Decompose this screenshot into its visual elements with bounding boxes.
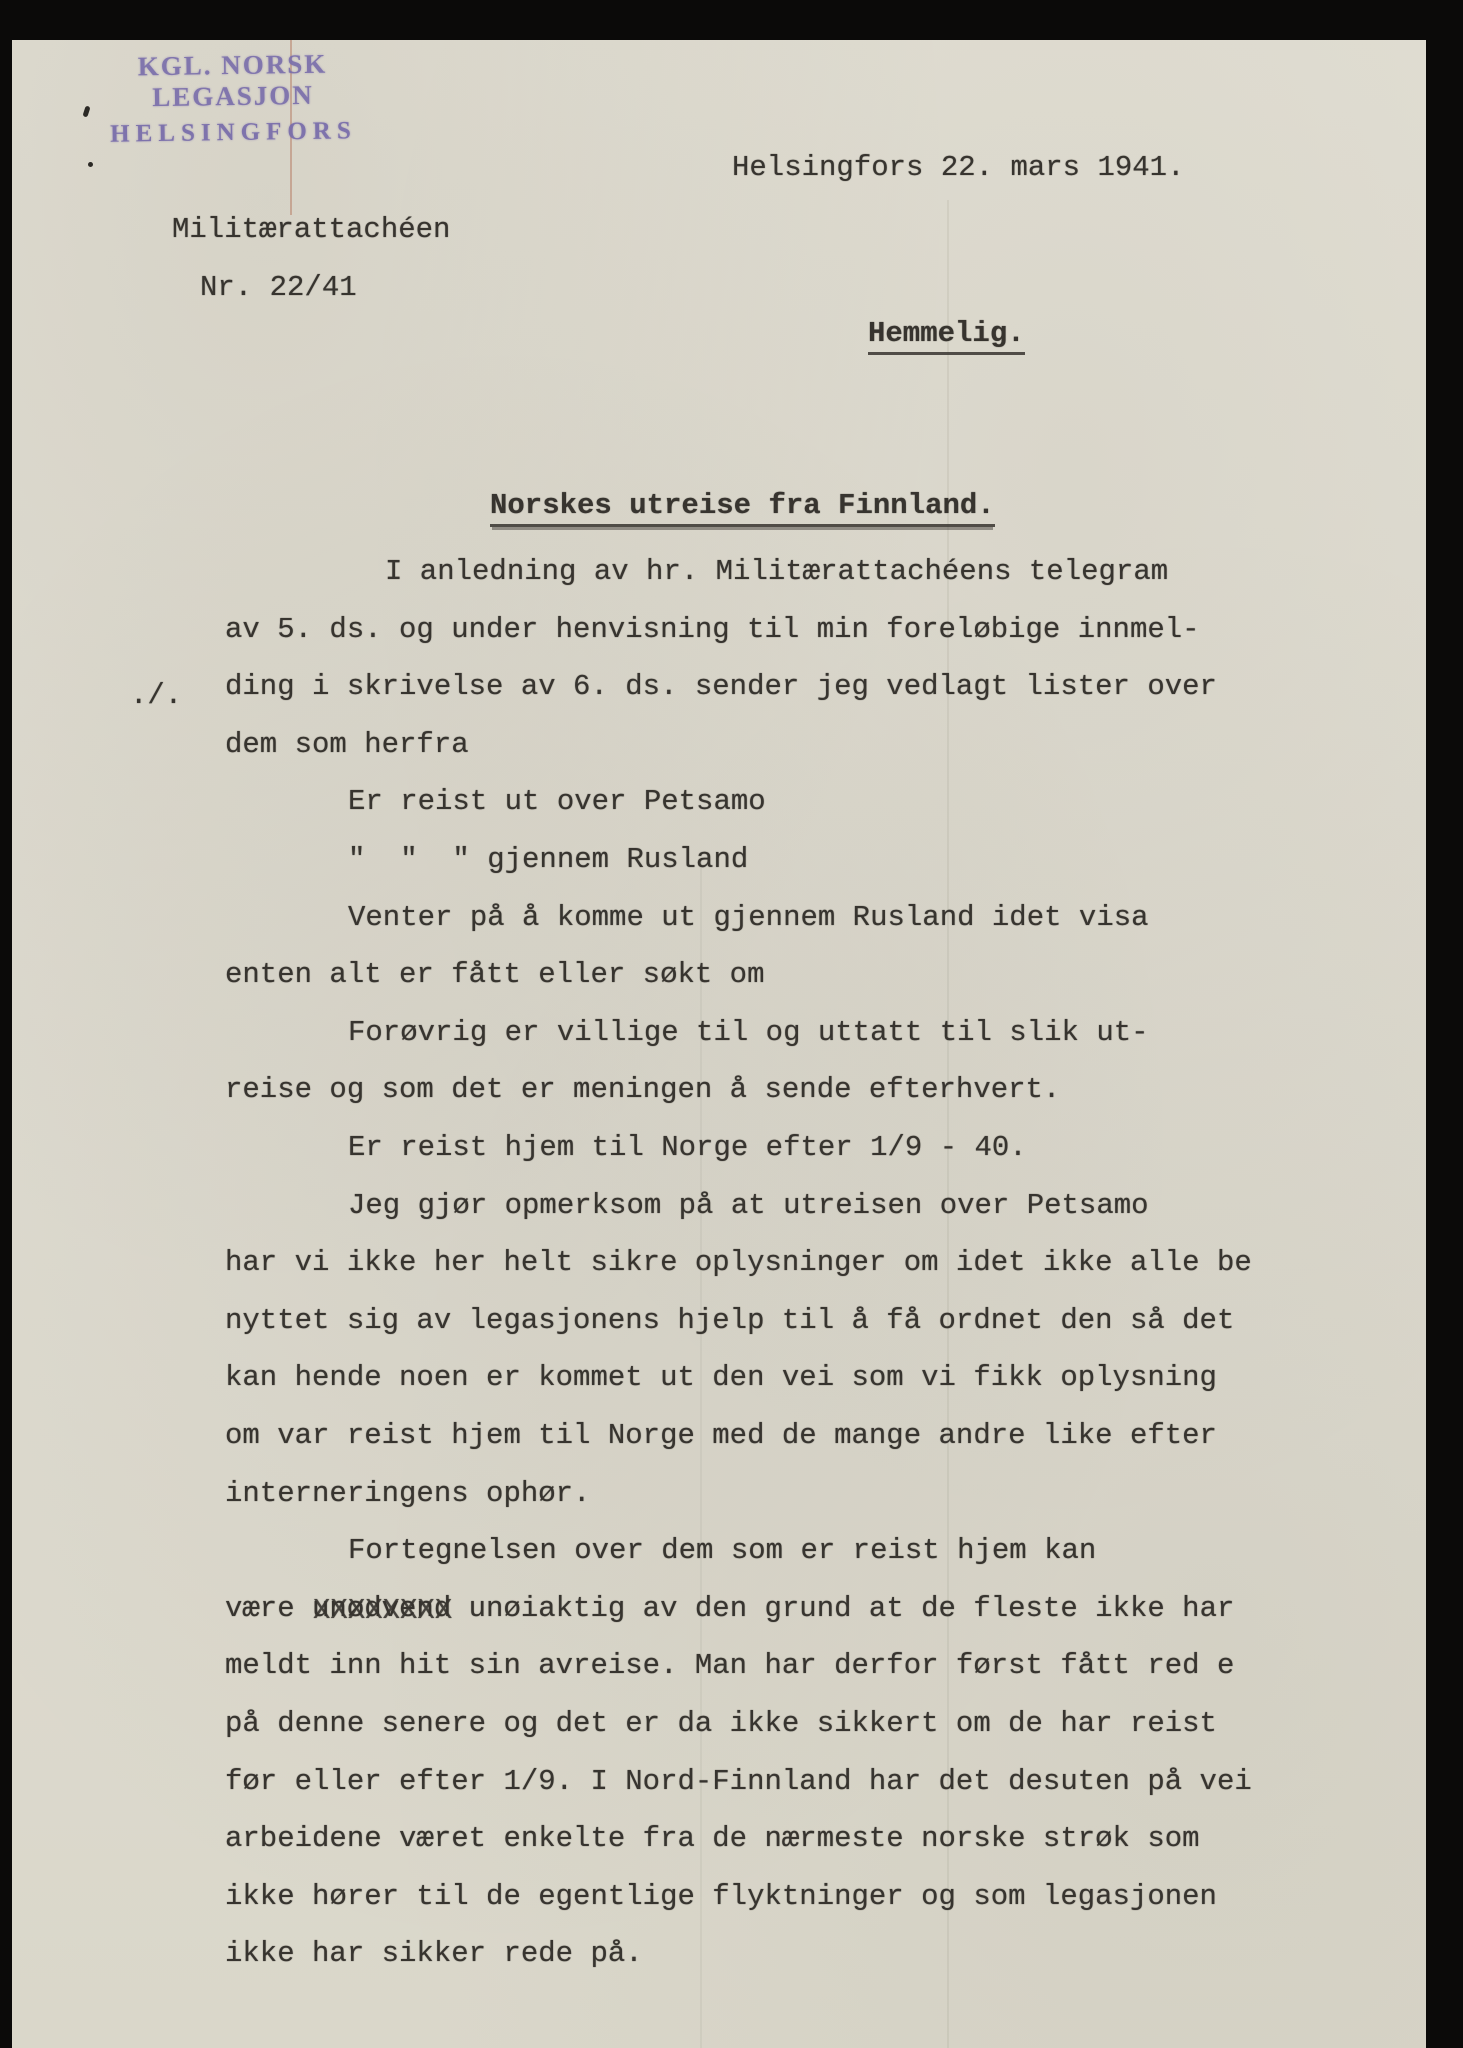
- document-line: I anledning av hr. Militærattachéens tel…: [385, 556, 1168, 588]
- document-line: ikke hører til de egentlige flyktninger …: [225, 1881, 1217, 1913]
- ink-speck: [88, 162, 93, 167]
- document-line: Venter på å komme ut gjennem Rusland ide…: [348, 902, 1149, 934]
- document-line: kan hende noen er kommet ut den vei som …: [225, 1362, 1217, 1394]
- classification-label: Hemmelig.: [868, 318, 1025, 355]
- document-line: nyttet sig av legasjonens hjelp til å få…: [225, 1305, 1234, 1337]
- document-line: ikke har sikker rede på.: [225, 1938, 643, 1970]
- line-segment: unøiaktig av den grund at de fleste ikke…: [451, 1592, 1234, 1625]
- scan-edge-left: [0, 0, 12, 2048]
- date-line: Helsingfors 22. mars 1941.: [732, 152, 1184, 184]
- document-line: før eller efter 1/9. I Nord-Finnland har…: [225, 1766, 1252, 1798]
- scan-edge-right: [1426, 0, 1463, 2048]
- scan-edge-top: [0, 0, 1463, 40]
- document-line: arbeidene været enkelte fra de nærmeste …: [225, 1823, 1200, 1855]
- reference-number: Nr. 22/41: [200, 272, 357, 304]
- document-line: har vi ikke her helt sikre oplysninger o…: [225, 1247, 1252, 1279]
- sender-line: Militærattachéen: [172, 214, 450, 246]
- legation-stamp: KGL. NORSK LEGASJON HELSINGFORS: [65, 48, 400, 150]
- document-line: meldt inn hit sin avreise. Man har derfo…: [225, 1650, 1234, 1682]
- overstruck-word: unødvend: [312, 1593, 451, 1625]
- document-line: ding i skrivelse av 6. ds. sender jeg ve…: [225, 671, 1217, 703]
- document-line: være unødvend unøiaktig av den grund at …: [225, 1593, 1234, 1625]
- document-line: " " " gjennem Rusland: [348, 844, 748, 876]
- document-line: Forøvrig er villige til og uttatt til sl…: [348, 1017, 1149, 1049]
- document-line: enten alt er fått eller søkt om: [225, 959, 765, 991]
- document-line: interneringens ophør.: [225, 1478, 590, 1510]
- document-line: Er reist ut over Petsamo: [348, 786, 766, 818]
- document-line: Jeg gjør opmerksom på at utreisen over P…: [348, 1190, 1149, 1222]
- document-line: reise og som det er meningen å sende eft…: [225, 1074, 1060, 1106]
- document-line: Fortegnelsen over dem som er reist hjem …: [348, 1535, 1096, 1567]
- document-title: Norskes utreise fra Finnland.: [490, 490, 995, 527]
- document-line: på denne senere og det er da ikke sikker…: [225, 1708, 1217, 1740]
- document-line: om var reist hjem til Norge med de mange…: [225, 1420, 1217, 1452]
- stamp-line-2: HELSINGFORS: [66, 117, 400, 150]
- stamp-line-1: KGL. NORSK LEGASJON: [65, 48, 400, 115]
- line-segment: være: [225, 1592, 312, 1625]
- scanned-document-page: KGL. NORSK LEGASJON HELSINGFORS Helsingf…: [0, 0, 1463, 2048]
- margin-mark: ./.: [130, 680, 182, 712]
- document-line: av 5. ds. og under henvisning til min fo…: [225, 614, 1200, 646]
- document-line: dem som herfra: [225, 729, 469, 761]
- document-line: Er reist hjem til Norge efter 1/9 - 40.: [348, 1132, 1027, 1164]
